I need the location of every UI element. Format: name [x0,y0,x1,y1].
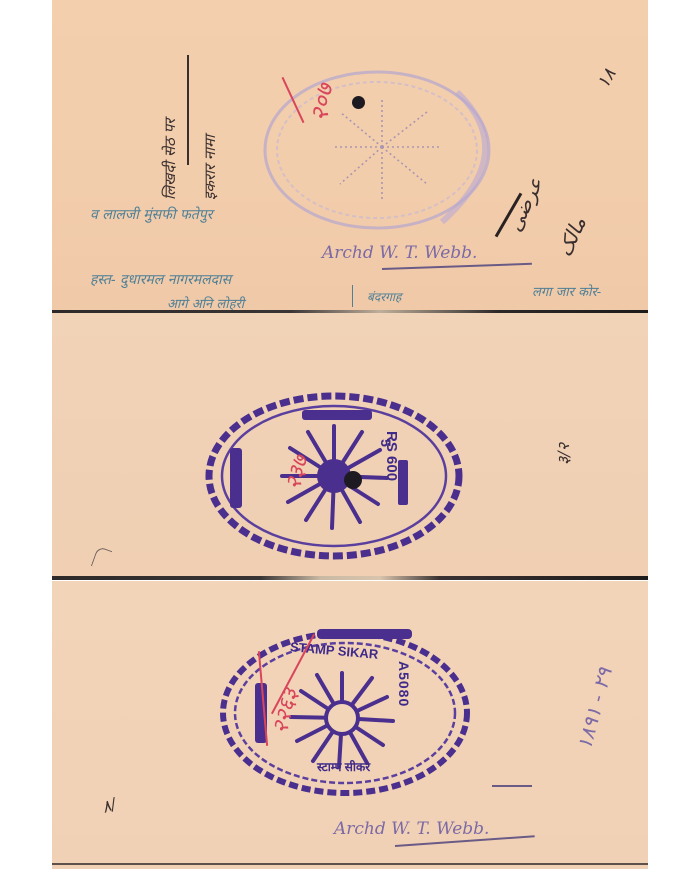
urdu-note-2: مالک [552,213,591,260]
urdu-note-3: ۱۸ [593,65,621,92]
underline-mark [187,55,189,165]
stamp-side-text: 5 [378,439,394,447]
blue-line-5: लगा जार कोर- [532,282,601,300]
margin-note: ३/२ [552,443,574,465]
stamp-paper-panel-1: २०७ लिखदी सेठ पर इकरार नामा व लालजी मुंस… [52,0,648,312]
stamp-serial: A5080 [396,661,412,707]
stamp-bottom-text: स्टाम्प सीकर [317,758,370,775]
panel-edge-2 [52,576,648,580]
margin-note-urdu: ۱۸۹۱ - ۲۹ [572,665,617,752]
corner-mark: ۸/ [99,794,119,817]
faded-seal-icon [252,62,522,232]
red-annotation: २०७ [302,81,341,124]
punch-hole [352,96,365,109]
signature: Archd W. T. Webb. [334,819,489,839]
stamp-paper-panel-3: STAMP SIKAR A5080 स्टाम्प सीकर २२६३ ۱۸۹۱… [52,581,648,869]
signature-underline [382,263,532,270]
separator-mark [352,285,353,307]
stamp-paper-panel-2: RS 600 5 २३७ ३/२ [52,313,648,578]
pencil-line [492,785,532,787]
pencil-mark [91,546,112,571]
sunburst-seal-icon [202,388,467,563]
vertical-note-1: लिखदी सेठ पर [160,119,180,200]
blue-line-4: बंदरगाह [367,288,401,305]
punch-hole [344,471,362,489]
bottom-text-line [52,863,648,865]
blue-line-1: व लालजी मुंसफी फतेपुर [90,205,212,224]
signature: Archd W. T. Webb. [322,243,477,263]
blue-line-2: हस्त- दुधारमल नागरमलदास [90,270,231,289]
vertical-note-2: इकरार नामा [200,135,220,200]
